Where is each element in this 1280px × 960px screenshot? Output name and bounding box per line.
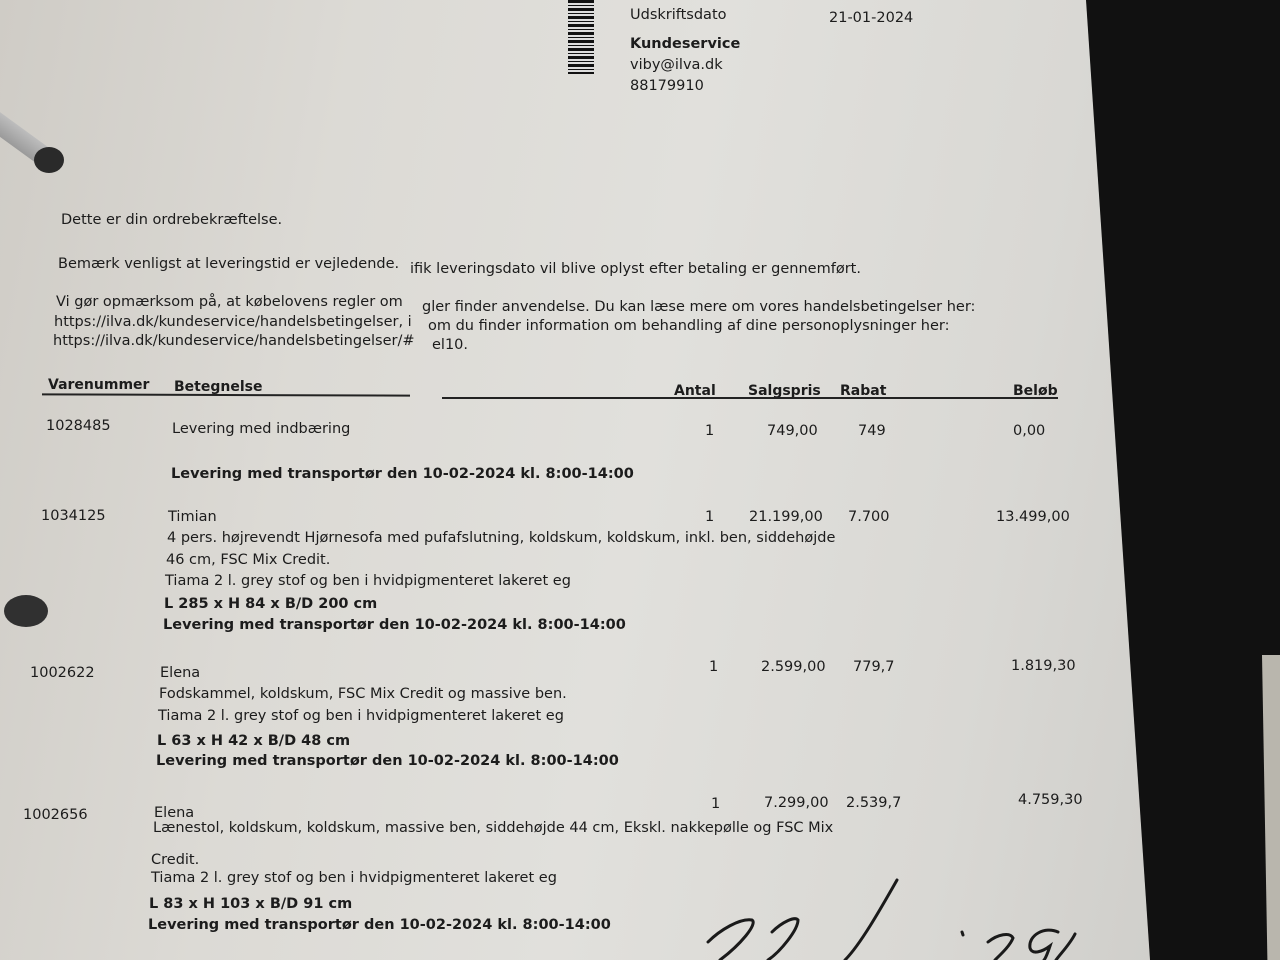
item-amount: 0,00 <box>1013 423 1045 439</box>
item-qty: 1 <box>705 423 714 439</box>
item-material: Tiama 2 l. grey stof og ben i hvidpigmen… <box>165 573 571 589</box>
item-number: 1034125 <box>41 508 106 524</box>
item-qty: 1 <box>705 509 714 525</box>
column-header-description: Betegnelse <box>174 379 262 395</box>
binder-rod-end <box>34 147 64 173</box>
item-delivery: Levering med transportør den 10-02-2024 … <box>171 466 634 482</box>
law-line-2-right: om du finder information om behandling a… <box>428 318 949 334</box>
item-name: Elena <box>160 665 200 681</box>
item-number: 1002656 <box>23 807 88 823</box>
item-dimensions: L 63 x H 42 x B/D 48 cm <box>157 733 350 749</box>
handwritten-date <box>680 860 1080 960</box>
item-delivery: Levering med transportør den 10-02-2024 … <box>163 617 626 633</box>
barcode-icon <box>568 0 594 74</box>
item-delivery: Levering med transportør den 10-02-2024 … <box>156 753 619 769</box>
item-discount: 7.700 <box>848 509 890 525</box>
customer-service-title: Kundeservice <box>630 36 740 52</box>
item-delivery: Levering med transportør den 10-02-2024 … <box>148 917 611 933</box>
item-number: 1028485 <box>46 418 111 434</box>
item-description: Fodskammel, koldskum, FSC Mix Credit og … <box>159 686 567 702</box>
law-line-1-left: Vi gør opmærksom på, at købelovens regle… <box>56 294 403 310</box>
item-material: Tiama 2 l. grey stof og ben i hvidpigmen… <box>158 708 564 724</box>
item-amount: 13.499,00 <box>996 509 1070 525</box>
item-description-cont: Credit. <box>151 852 199 868</box>
item-price: 21.199,00 <box>749 509 823 525</box>
item-dimensions: L 285 x H 84 x B/D 200 cm <box>164 596 377 612</box>
item-amount: 4.759,30 <box>1018 792 1083 808</box>
terms-link-2[interactable]: https://ilva.dk/kundeservice/handelsbeti… <box>53 333 415 349</box>
item-description: 4 pers. højrevendt Hjørnesofa med pufafs… <box>167 530 835 546</box>
item-description: Lænestol, koldskum, koldskum, massive be… <box>153 820 833 836</box>
item-dimensions: L 83 x H 103 x B/D 91 cm <box>149 896 352 912</box>
item-discount: 749 <box>858 423 886 439</box>
item-description-cont: 46 cm, FSC Mix Credit. <box>166 552 330 568</box>
item-amount: 1.819,30 <box>1011 658 1076 674</box>
delivery-note-right: ifik leveringsdato vil blive oplyst efte… <box>410 261 861 277</box>
item-price: 749,00 <box>767 423 818 439</box>
column-header-item-no: Varenummer <box>48 377 149 393</box>
customer-service-email[interactable]: viby@ilva.dk <box>630 57 723 73</box>
item-number: 1002622 <box>30 665 95 681</box>
terms-link-1[interactable]: https://ilva.dk/kundeservice/handelsbeti… <box>54 314 412 330</box>
item-qty: 1 <box>709 659 718 675</box>
law-line-3-right: el10. <box>432 337 468 353</box>
item-name: Timian <box>168 509 217 525</box>
law-line-1-right: gler finder anvendelse. Du kan læse mere… <box>422 299 975 315</box>
item-name: Levering med indbæring <box>172 421 350 437</box>
delivery-note-left: Bemærk venligst at leveringstid er vejle… <box>58 256 399 272</box>
customer-service-phone: 88179910 <box>630 78 704 94</box>
confirmation-text: Dette er din ordrebekræftelse. <box>61 212 282 228</box>
punch-hole <box>4 595 48 627</box>
print-date: 21-01-2024 <box>829 10 913 26</box>
item-qty: 1 <box>711 796 720 812</box>
item-name: Elena <box>154 805 194 821</box>
item-price: 7.299,00 <box>764 795 829 811</box>
item-discount: 2.539,7 <box>846 795 901 811</box>
item-price: 2.599,00 <box>761 659 826 675</box>
header-rule-right <box>442 397 1058 399</box>
print-date-label: Udskriftsdato <box>630 7 727 23</box>
item-material: Tiama 2 l. grey stof og ben i hvidpigmen… <box>151 870 557 886</box>
item-discount: 779,7 <box>853 659 895 675</box>
